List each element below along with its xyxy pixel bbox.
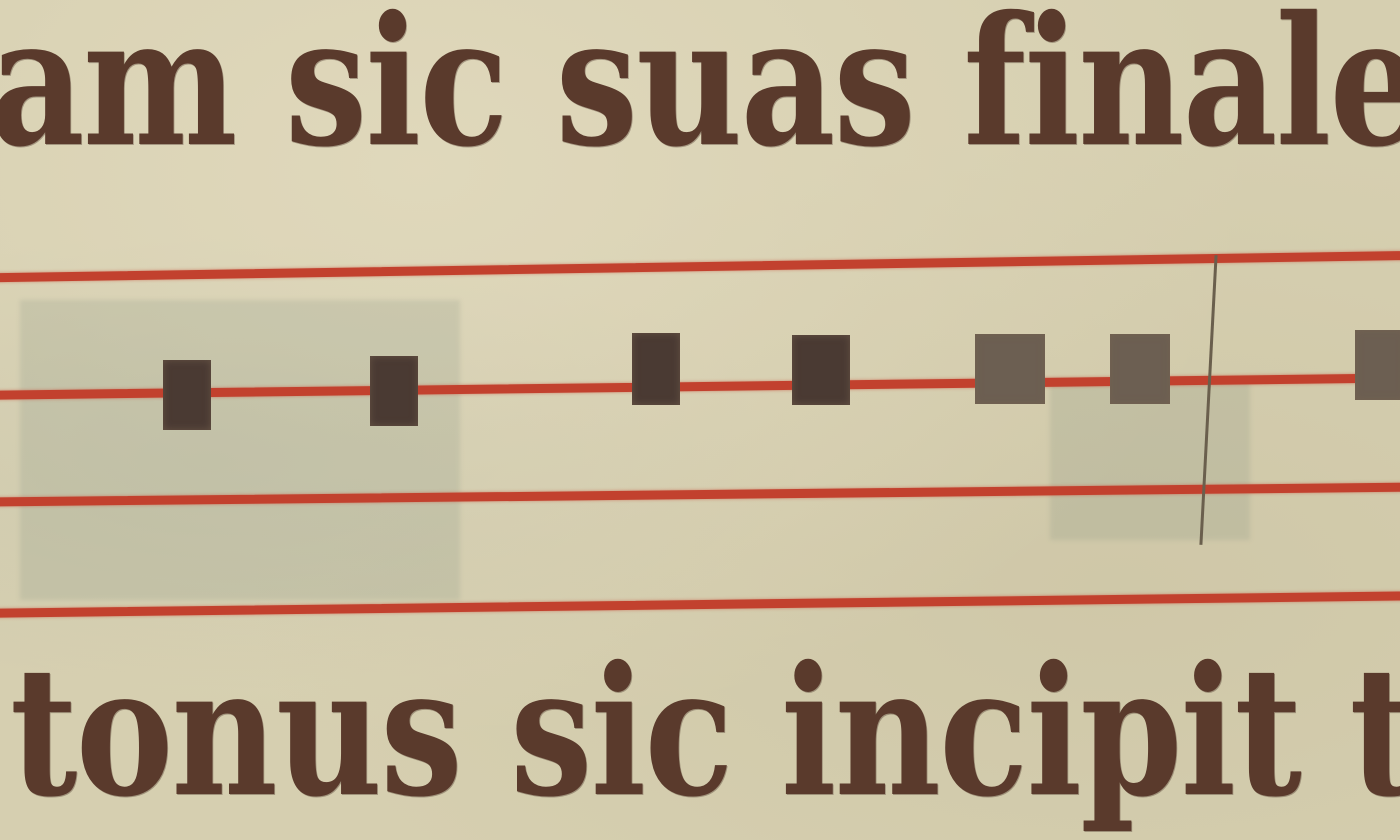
square-note <box>632 333 680 405</box>
ink-bleed-through <box>20 300 460 600</box>
ink-bleed-through <box>1050 380 1250 540</box>
manuscript-page: am sic suas finales ad tonus sic incipit… <box>0 0 1400 840</box>
text-line-bottom: tonus sic incipit t <box>10 632 1400 832</box>
square-note <box>163 360 211 430</box>
text-line-top: am sic suas finales ad <box>0 0 1400 182</box>
square-note <box>1355 330 1400 400</box>
square-note <box>1110 334 1170 404</box>
staff-line-1 <box>0 251 1400 283</box>
square-note <box>975 334 1045 404</box>
square-note <box>370 356 418 426</box>
square-note <box>792 335 850 405</box>
